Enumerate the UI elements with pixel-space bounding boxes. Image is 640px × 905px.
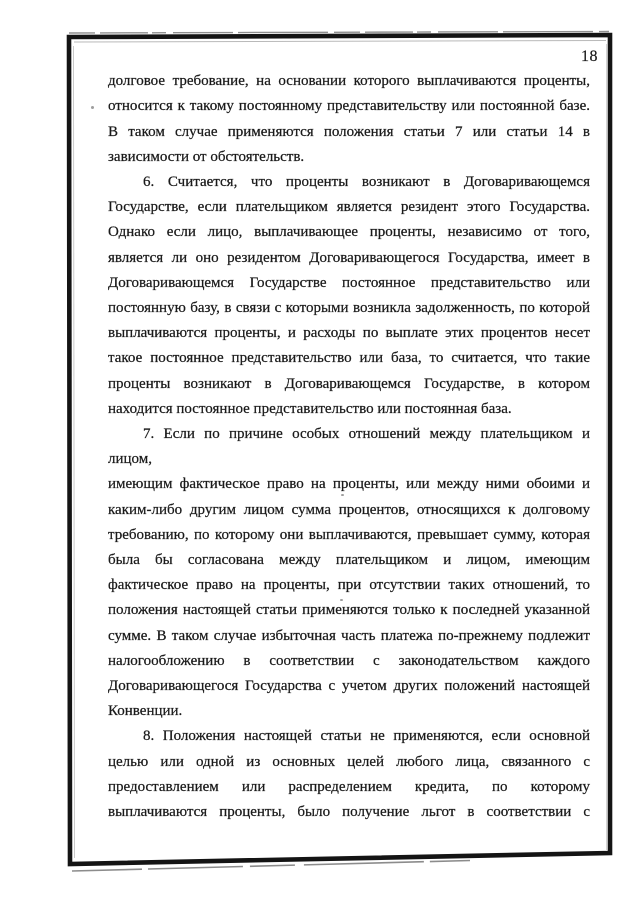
text-line: целью или одной из основных целей любого…: [108, 750, 590, 775]
text-line: долговое требование, на основании которо…: [108, 69, 590, 94]
text-line: является ли оно резидентом Договаривающе…: [108, 246, 590, 271]
text-line: проценты возникают в Договаривающемся Го…: [108, 372, 590, 397]
text-line: требованию, по которому они выплачиваютс…: [108, 523, 590, 548]
scan-speck: [91, 106, 94, 109]
text-line: Однако если лицо, выплачивающее проценты…: [108, 220, 590, 245]
text-line: выплачиваются проценты, и расходы по вып…: [108, 321, 590, 346]
text-line: В таком случае применяются положения ста…: [108, 120, 590, 145]
text-line: 7. Если по причине особых отношений межд…: [108, 422, 590, 472]
text-line: Конвенции.: [108, 699, 590, 724]
text-line: имеющим фактическое право на проценты, и…: [108, 472, 590, 497]
page-content: 18 долговое требование, на основании кот…: [108, 44, 590, 825]
text-block: долговое требование, на основании которо…: [108, 69, 590, 825]
scan-speck: [340, 599, 343, 601]
border-echo-top: [69, 32, 609, 34]
text-line: такое постоянное представительство или б…: [108, 346, 590, 371]
text-line: каким-либо другим лицом сумма процентов,…: [108, 498, 590, 523]
text-line: сумме. В таком случае избыточная часть п…: [108, 624, 590, 649]
text-line: зависимости от обстоятельств.: [108, 145, 590, 170]
scanned-document-page: 18 долговое требование, на основании кот…: [0, 0, 640, 905]
text-line: налогообложению в соответствии с законод…: [108, 649, 590, 674]
border-echo-left-inner: [74, 46, 75, 858]
text-line: Договаривающемся Государстве постоянное …: [108, 271, 590, 296]
text-line: положения настоящей статьи применяются т…: [108, 598, 590, 623]
text-line: выплачиваются проценты, было получение л…: [108, 800, 590, 825]
text-line: Договаривающегося Государства с учетом д…: [108, 674, 590, 699]
text-line: предоставлением или распределением креди…: [108, 775, 590, 800]
text-line: относится к такому постоянному представи…: [108, 94, 590, 119]
text-line: Государстве, если плательщиком является …: [108, 195, 590, 220]
text-line: находится постоянное представительство и…: [108, 397, 590, 422]
text-line: 8. Положения настоящей статьи не применя…: [108, 724, 590, 749]
border-echo-top-inner: [74, 41, 606, 43]
border-echo-bottom: [72, 861, 470, 872]
text-line: была бы согласована между плательщиком и…: [108, 548, 590, 573]
scan-speck: [341, 494, 344, 496]
text-line: постоянную базу, в связи с которыми возн…: [108, 296, 590, 321]
page-number: 18: [116, 44, 598, 69]
text-line: фактическое право на проценты, при отсут…: [108, 573, 590, 598]
text-line: 6. Считается, что проценты возникают в Д…: [108, 170, 590, 195]
